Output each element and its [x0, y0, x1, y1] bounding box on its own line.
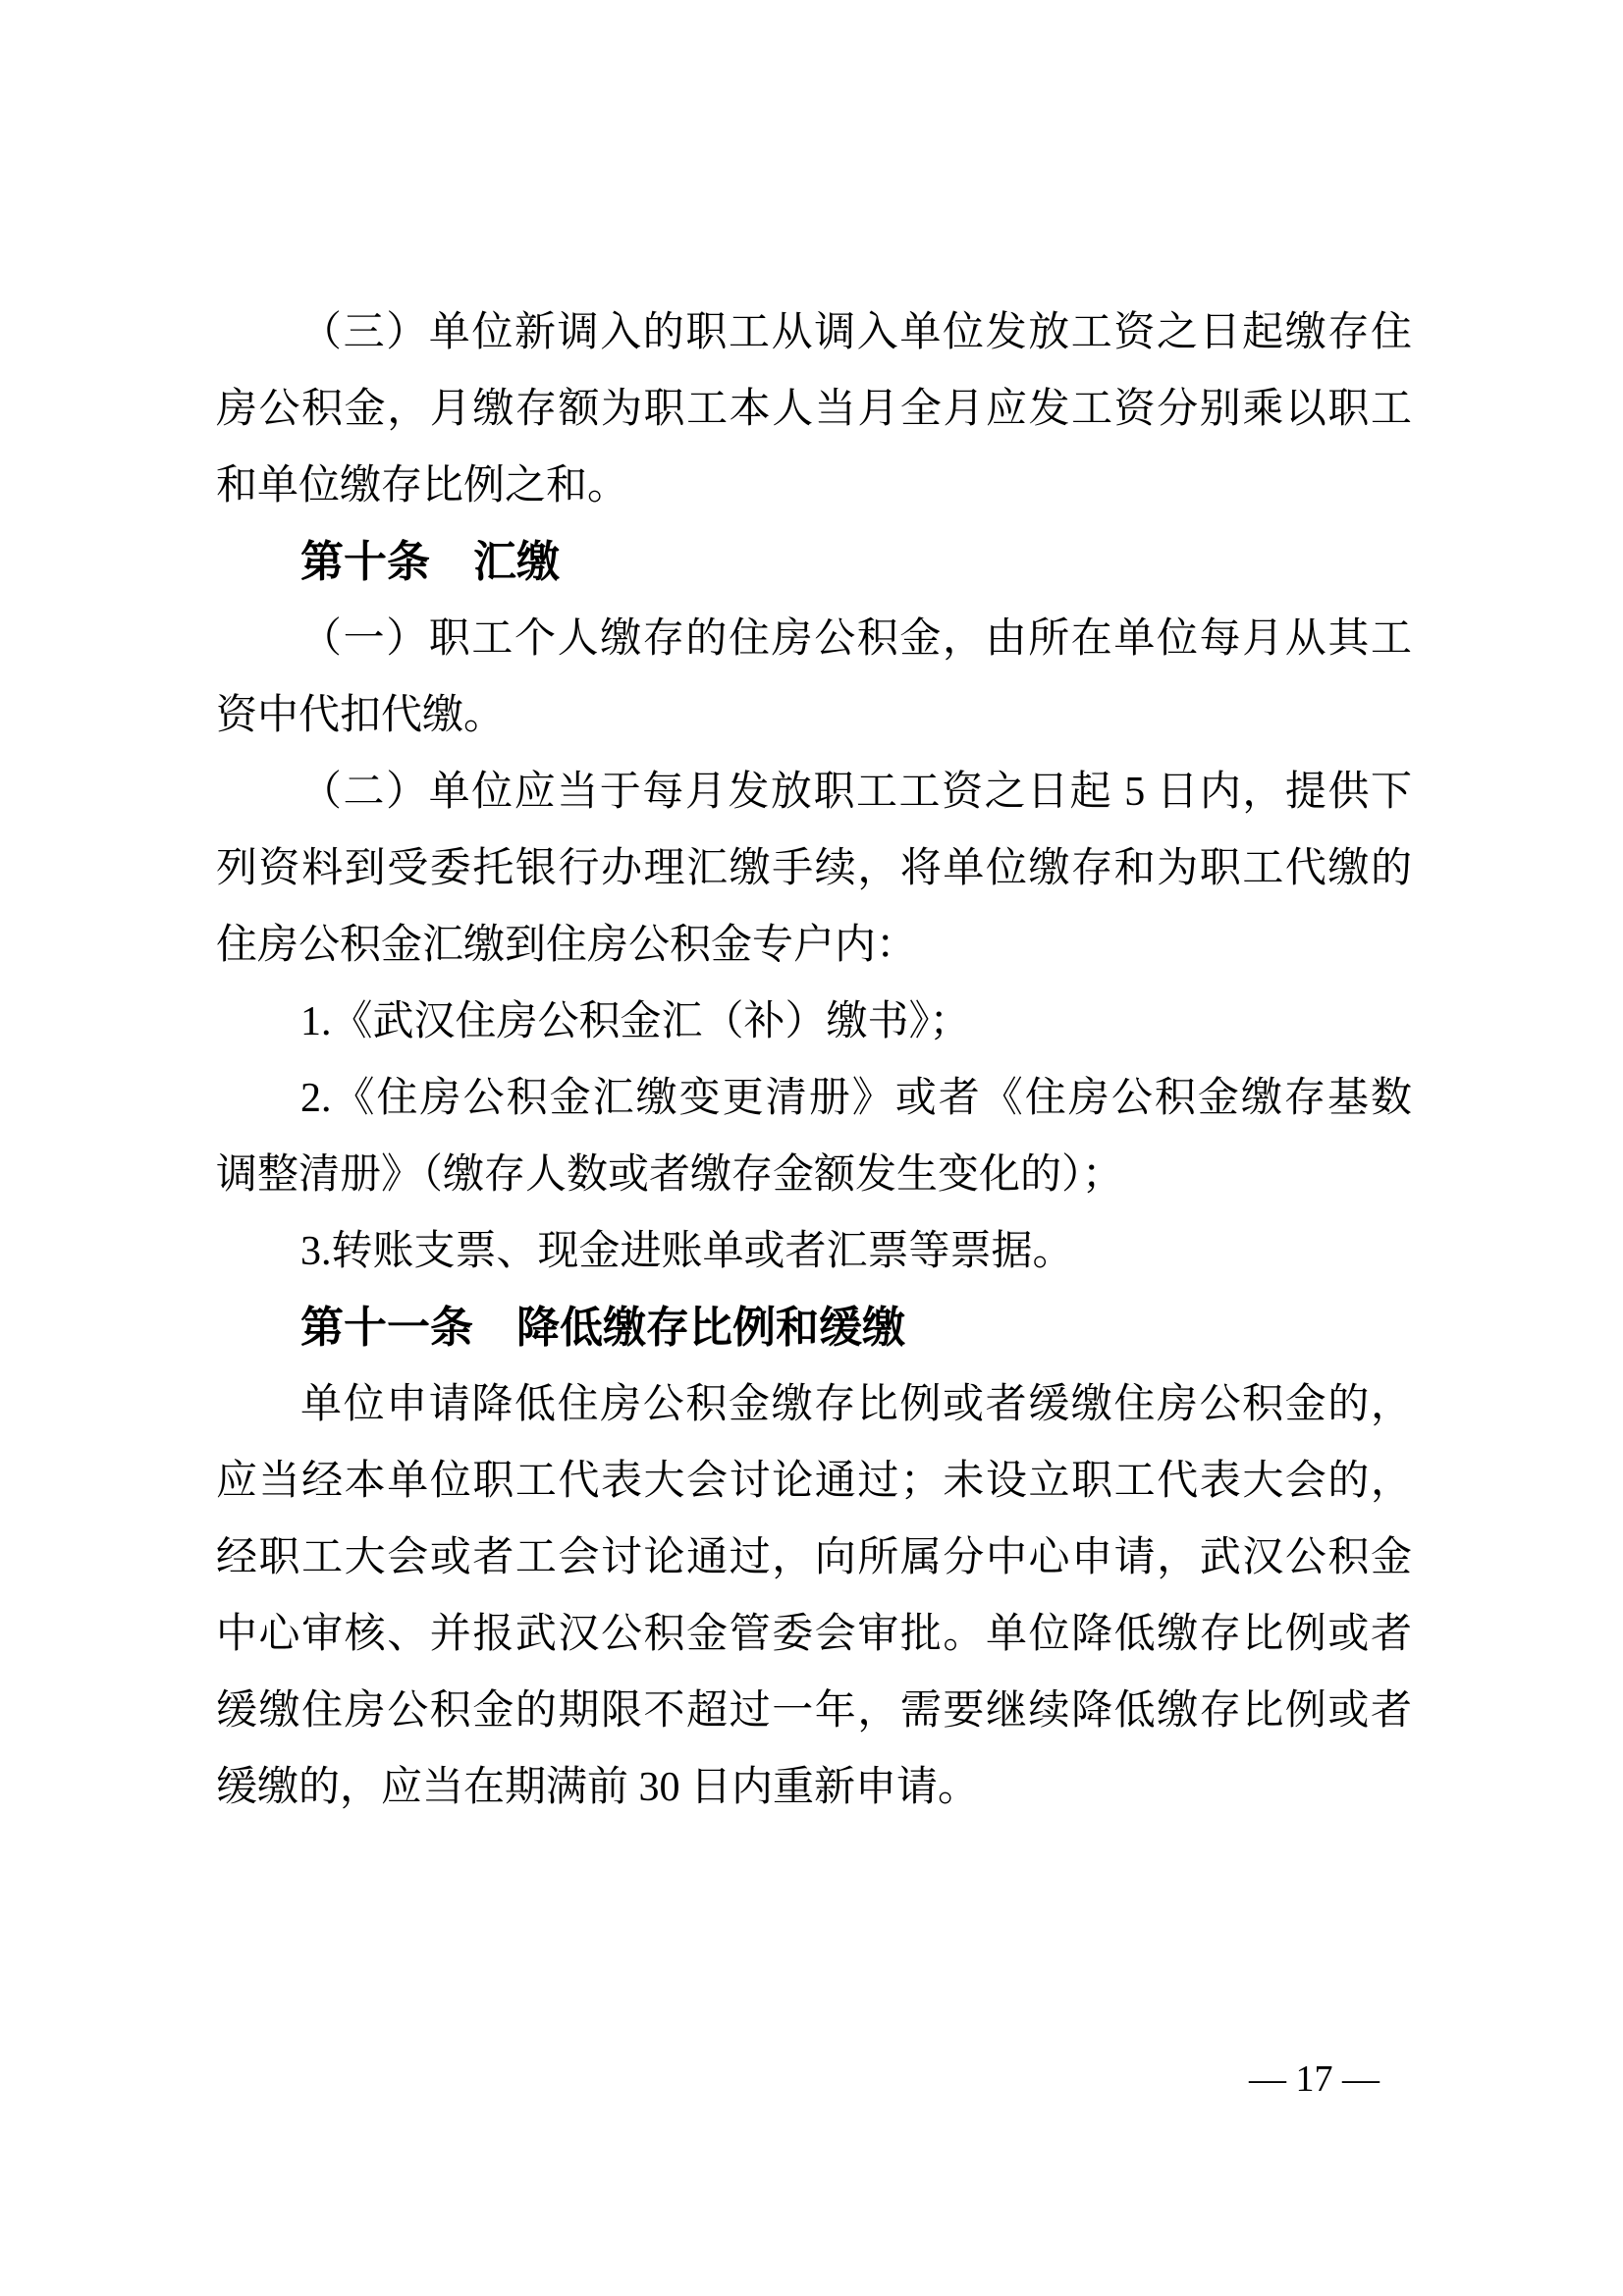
section-heading-article-10: 第十条 汇缴 — [216, 524, 1412, 601]
text-line: （一）职工个人缴存的住房公积金，由所在单位每月从其工 — [216, 601, 1412, 677]
section-heading-article-11: 第十一条 降低缴存比例和缓缴 — [216, 1290, 1412, 1366]
text-line: 中心审核、并报武汉公积金管委会审批。单位降低缴存比例或者 — [216, 1596, 1412, 1673]
text-line: 资中代扣代缴。 — [216, 677, 1412, 754]
list-item-3: 3.转账支票、现金进账单或者汇票等票据。 — [216, 1213, 1412, 1290]
list-item-1: 1.《武汉住房公积金汇（补）缴书》； — [216, 984, 1412, 1060]
text-line: （二）单位应当于每月发放职工工资之日起 5 日内，提供下 — [216, 754, 1412, 830]
text-line: 经职工大会或者工会讨论通过，向所属分中心申请，武汉公积金 — [216, 1520, 1412, 1596]
text-line: 房公积金，月缴存额为职工本人当月全月应发工资分别乘以职工 — [216, 371, 1412, 448]
text-line: 住房公积金汇缴到住房公积金专户内： — [216, 907, 1412, 984]
text-line: 单位申请降低住房公积金缴存比例或者缓缴住房公积金的， — [216, 1366, 1412, 1443]
document-body: （三）单位新调入的职工从调入单位发放工资之日起缴存住 房公积金，月缴存额为职工本… — [216, 294, 1412, 1826]
list-item-2: 2.《住房公积金汇缴变更清册》或者《住房公积金缴存基数 — [216, 1060, 1412, 1137]
text-line: 和单位缴存比例之和。 — [216, 448, 1412, 524]
text-line: 列资料到受委托银行办理汇缴手续，将单位缴存和为职工代缴的 — [216, 830, 1412, 907]
text-line: 缓缴的，应当在期满前 30 日内重新申请。 — [216, 1749, 1412, 1826]
text-line: （三）单位新调入的职工从调入单位发放工资之日起缴存住 — [216, 294, 1412, 371]
text-line: 应当经本单位职工代表大会讨论通过；未设立职工代表大会的， — [216, 1443, 1412, 1520]
document-page: （三）单位新调入的职工从调入单位发放工资之日起缴存住 房公积金，月缴存额为职工本… — [0, 0, 1623, 2296]
text-line: 缓缴住房公积金的期限不超过一年，需要继续降低缴存比例或者 — [216, 1673, 1412, 1749]
page-number: — 17 — — [1249, 2050, 1380, 2109]
text-line: 调整清册》（缴存人数或者缴存金额发生变化的）； — [216, 1137, 1412, 1213]
